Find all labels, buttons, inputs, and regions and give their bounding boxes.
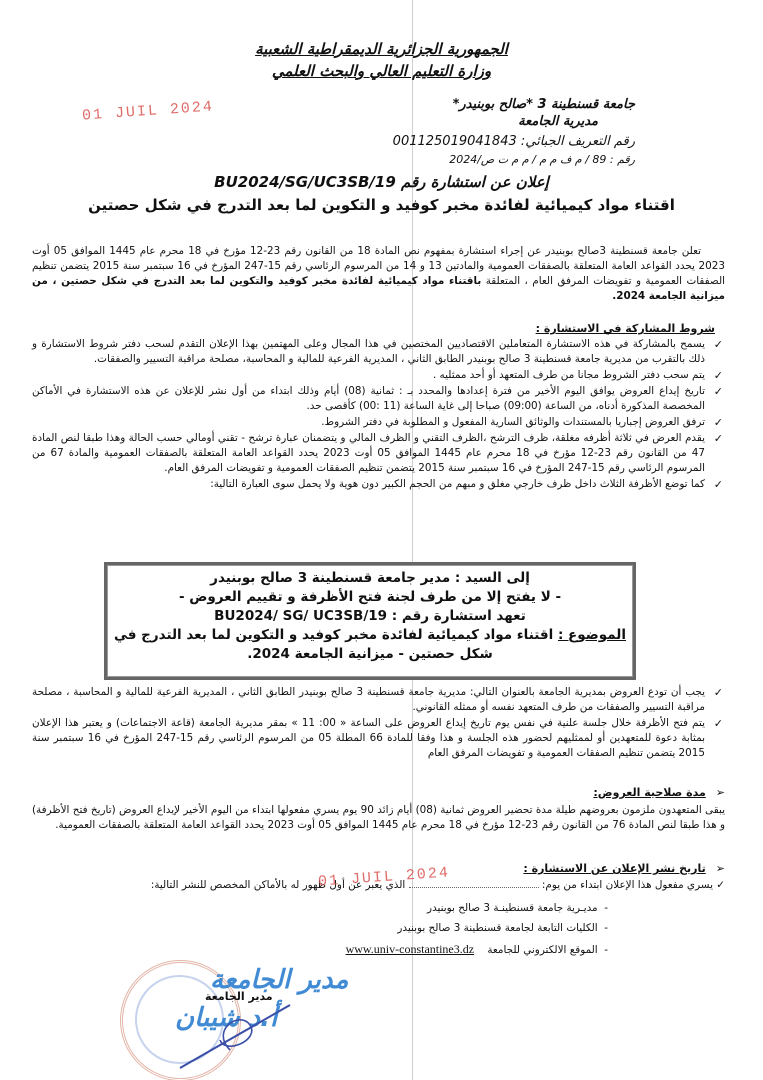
publication-place: - مديـرية جامعة قسنطينـة 3 صالح بوبنيدر — [427, 902, 608, 914]
check-icon: ✓ — [714, 368, 723, 383]
box-subject: الموضوع : اقتناء مواد كيميائية لفائدة مخ… — [107, 626, 633, 664]
arrow-icon: ➢ — [716, 786, 725, 799]
box-subject-label: الموضوع : — [558, 627, 626, 643]
box-recipient: إلى السيد : مدير جامعة قسنطينة 3 صالح بو… — [107, 569, 633, 588]
announcement-subject: اقتناء مواد كيميائية لفائدة مخبر كوفيد و… — [0, 196, 763, 214]
document-page: الجمهورية الجزائرية الديمقراطية الشعبية … — [0, 0, 763, 1080]
ministry-header: وزارة التعليم العالي والبحث العلمي — [0, 62, 763, 80]
handwritten-signature-icon — [170, 1000, 300, 1070]
university-website-link[interactable]: www.univ-constantine3.dz — [346, 942, 475, 956]
validity-heading: ➢مدة صلاحية العروض: — [593, 786, 725, 799]
check-icon: ✓ — [714, 477, 723, 492]
reference-number: رقم : 89 / م ف م م / م م ت ص/2024 — [449, 153, 635, 166]
date-fill-line — [409, 887, 539, 888]
tax-id: رقم التعريف الجبائي: 001125019041843 — [393, 134, 635, 149]
box-notice: - لا يفتح إلا من طرف لجنة فتح الأظرفة و … — [107, 588, 633, 607]
list-item: ✓ترفق العروض إجباريا بالمستندات والوثائق… — [32, 415, 725, 430]
intro-paragraph: تعلن جامعة قسنطينة 3صالح بوبنيدر عن إجرا… — [32, 244, 725, 304]
list-item: ✓يتم فتح الأظرفة خلال جلسة علنية في نفس … — [32, 716, 725, 761]
check-icon: ✓ — [714, 337, 723, 352]
republic-header: الجمهورية الجزائرية الديمقراطية الشعبية — [0, 40, 763, 58]
scan-fold-line — [412, 0, 413, 1080]
list-item: ✓يقدم العرض في ثلاثة أظرفه مغلقة، ظرف ال… — [32, 431, 725, 476]
participation-heading: شروط المشاركة في الاستشارة : — [536, 322, 715, 335]
check-icon: ✓ — [714, 415, 723, 430]
check-icon: ✓ — [714, 384, 723, 399]
box-subject-text: اقتناء مواد كيميائية لفائدة مخبر كوفيد و… — [114, 627, 553, 662]
validity-paragraph: يبقى المتعهدون ملزمون بعروضهم طيلة مدة ت… — [32, 803, 725, 833]
check-icon: ✓ — [714, 431, 723, 446]
list-item: ✓تاريخ إيداع العروض يوافق اليوم الأخير م… — [32, 384, 725, 414]
participation-list: ✓يسمح بالمشاركة في هذه الاستشارة المتعام… — [32, 337, 725, 493]
envelope-label-box: إلى السيد : مدير جامعة قسنطينة 3 صالح بو… — [104, 562, 636, 680]
arrow-icon: ➢ — [716, 862, 725, 875]
publication-place: - الكليات التابعة لجامعة قسنطينة 3 صالح … — [397, 922, 608, 934]
directorate-name: مديرية الجامعة — [518, 114, 598, 129]
list-item: ✓كما توضع الأظرفة الثلاث داخل ظرف خارجي … — [32, 477, 725, 492]
check-icon: ✓ — [714, 716, 723, 731]
list-item: ✓يجب أن تودع العروض بمديرية الجامعة بالع… — [32, 685, 725, 715]
list-item: ✓يسمح بالمشاركة في هذه الاستشارة المتعام… — [32, 337, 725, 367]
publication-heading: ➢تاريخ نشر الإعلان عن الاستشارة : — [523, 862, 725, 875]
date-stamp: 01 JUIL 2024 — [82, 98, 215, 124]
box-consultation-number: تعهد استشارة رقم : BU2024/ SG/ UC3SB/19 — [107, 607, 633, 626]
check-icon: ✓ — [716, 879, 725, 891]
check-icon: ✓ — [714, 685, 723, 700]
list-item: ✓يتم سحب دفتر الشروط مجانا من طرف المتعه… — [32, 368, 725, 383]
university-name: جامعة قسنطينة 3 *صالح بوبنيدر* — [453, 97, 635, 112]
deposit-list: ✓يجب أن تودع العروض بمديرية الجامعة بالع… — [32, 685, 725, 762]
announcement-title: إعلان عن استشارة رقم BU2024/SG/UC3SB/19 — [0, 173, 763, 191]
publication-place: - الموقع الالكتروني للجامعة www.univ-con… — [346, 942, 608, 957]
